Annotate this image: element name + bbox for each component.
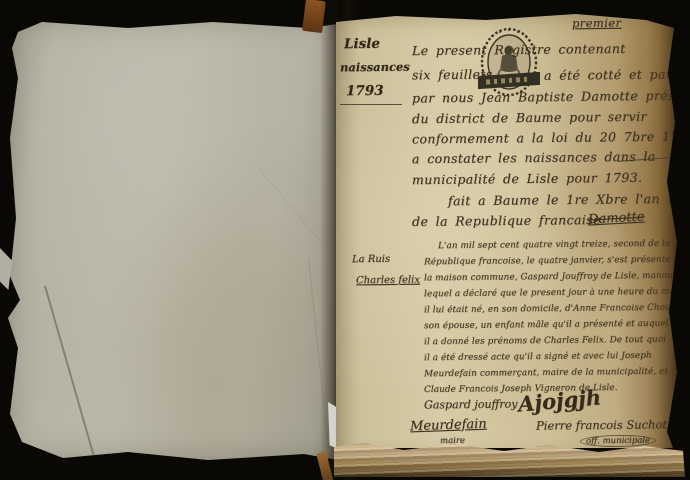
- paper-crease: [44, 286, 99, 475]
- margin-title-type: naissances: [340, 60, 410, 75]
- act-line: il lui était né, en son domicile, d'Anne…: [424, 303, 678, 316]
- margin-title-place: Lisle: [344, 36, 380, 52]
- left-blank-page: [8, 18, 338, 460]
- torn-paper-edge: [0, 248, 12, 290]
- cert-line: par nous Jean Baptiste Damotte président: [412, 87, 678, 105]
- official-title: off. municipale: [580, 435, 656, 448]
- official-signature: Pierre francois Suchot: [536, 417, 667, 432]
- president-signature: Damotte: [588, 210, 645, 228]
- act-margin-name-line1: La Ruis: [352, 254, 390, 265]
- act-line: République francoise, le quatre janvier,…: [424, 255, 678, 268]
- cert-line: a constater les naissances dans la: [412, 149, 656, 167]
- act-line: il a été dressé acte qu'il a signé et av…: [424, 351, 652, 363]
- margin-title-year: 1793: [346, 83, 384, 99]
- folio-note: premier: [572, 16, 622, 31]
- declarant-signature: Gaspard jouffroy: [424, 398, 518, 412]
- cert-line: fait a Baume le 1re Xbre l'an 1er: [448, 191, 678, 209]
- act-line: la maison commune, Gaspard Jouffroy de L…: [424, 271, 678, 284]
- cert-line: conformement a la loi du 20 7bre 1792: [412, 129, 678, 147]
- margin-title-underline: [340, 104, 402, 105]
- cert-line: de la Republique francaise: [412, 212, 601, 229]
- mayor-signature: Meurdefain: [410, 417, 487, 435]
- cert-line: six feuillets: [412, 67, 493, 83]
- act-line: L'an mil sept cent quatre vingt treize, …: [438, 239, 670, 251]
- cert-line: municipalité de Lisle pour 1793.: [412, 170, 643, 187]
- act-line: lequel a déclaré que le present jour à u…: [424, 287, 678, 300]
- act-line: son épouse, un enfant mâle qu'il a prése…: [424, 319, 669, 332]
- act-margin-name-line2: Charles felix: [356, 275, 420, 287]
- cert-line: Le present Registre contenant: [412, 41, 626, 58]
- cert-line: a été cotté et paraphé: [544, 66, 678, 83]
- act-line: il a donné les prénoms de Charles Felix.…: [424, 335, 666, 348]
- right-manuscript-page: premier Lisle naissances 1793: [336, 12, 678, 448]
- act-line: Meurdefain commerçant, maire de la munic…: [424, 367, 668, 380]
- cert-line: du district de Baume pour servir: [412, 109, 647, 126]
- register-scan: premier Lisle naissances 1793: [0, 0, 690, 480]
